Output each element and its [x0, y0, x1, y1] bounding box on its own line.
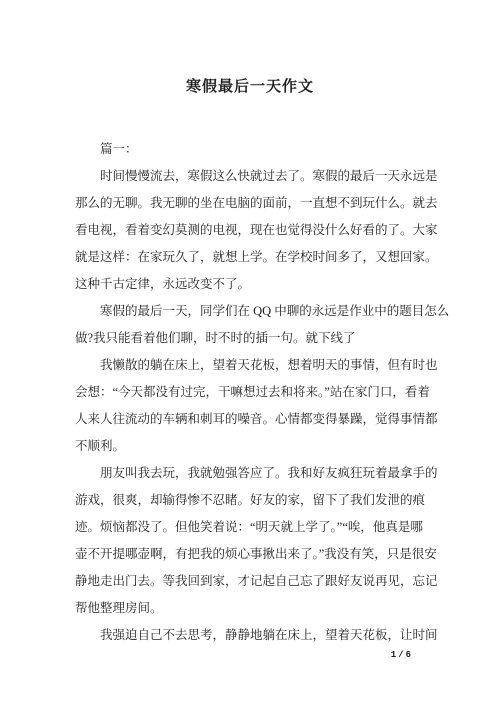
- essay-line: 这种千古定律，永远改变不了。: [75, 271, 427, 298]
- essay-line: 我懒散的躺在床上，望着天花板，想着明天的事情，但有时也: [75, 352, 427, 379]
- essay-line: 迹。烦恼都没了。但他笑着说：“明天就上学了。”“唉，他真是哪: [75, 514, 427, 541]
- essay-line: 时间慢慢流去，寒假这么快就过去了。寒假的最后一天永远是: [75, 163, 427, 190]
- document-page: 寒假最后一天作文 篇一：时间慢慢流去，寒假这么快就过去了。寒假的最后一天永远是那…: [0, 0, 500, 707]
- essay-line: 会想：“今天都没有过完，干嘛想过去和将来。”站在家门口，看着: [75, 379, 427, 406]
- document-title: 寒假最后一天作文: [0, 75, 500, 96]
- essay-line: 壶不开提哪壶啊，有把我的烦心事揪出来了。”我没有笑，只是很安: [75, 541, 427, 568]
- page-number: 1/6: [391, 650, 413, 660]
- essay-body: 篇一：时间慢慢流去，寒假这么快就过去了。寒假的最后一天永远是那么的无聊。我无聊的…: [75, 136, 427, 649]
- essay-line: 寒假的最后一天，同学们在 QQ 中聊的永远是作业中的题目怎么: [75, 298, 427, 325]
- essay-line: 就是这样：在家玩久了，就想上学。在学校时间多了，又想回家。: [75, 244, 427, 271]
- essay-line: 帮他整理房间。: [75, 595, 427, 622]
- essay-line: 篇一：: [75, 136, 427, 163]
- essay-line: 游戏，很爽，却输得惨不忍睹。好友的家，留下了我们发泄的痕: [75, 487, 427, 514]
- essay-line: 朋友叫我去玩，我就勉强答应了。我和好友疯狂玩着最拿手的: [75, 460, 427, 487]
- essay-line: 做?我只能看着他们聊，时不时的插一句。就下线了: [75, 325, 427, 352]
- essay-line: 看电视，看着变幻莫测的电视，现在也觉得没什么好看的了。大家: [75, 217, 427, 244]
- essay-line: 那么的无聊。我无聊的坐在电脑的面前，一直想不到玩什么。就去: [75, 190, 427, 217]
- essay-line: 不顺利。: [75, 433, 427, 460]
- essay-line: 人来人往流动的车辆和刺耳的噪音。心情都变得暴躁，觉得事情都: [75, 406, 427, 433]
- essay-line: 我强迫自己不去思考，静静地躺在床上，望着天花板，让时间: [75, 622, 427, 649]
- essay-line: 静地走出门去。等我回到家，才记起自己忘了跟好友说再见，忘记: [75, 568, 427, 595]
